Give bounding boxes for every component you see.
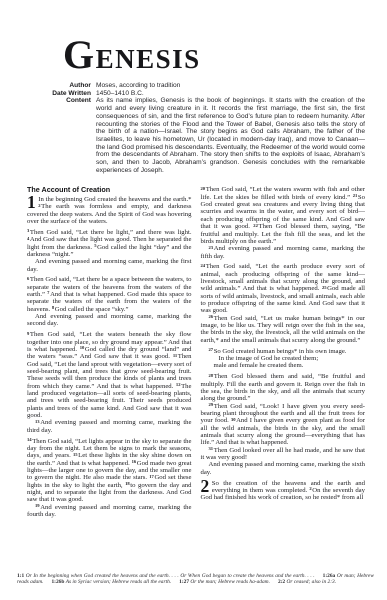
verse-number: 9 bbox=[27, 331, 29, 336]
verse-number: 10 bbox=[80, 345, 85, 350]
verse-paragraph: 28Then God blessed them and said, “Be fr… bbox=[201, 373, 366, 402]
verse-number: 14 bbox=[27, 437, 32, 442]
footnote-item: 2:2 Or ceased; also in 2:3. bbox=[278, 579, 336, 585]
poetry-block: 27So God created human beings* in his ow… bbox=[201, 348, 366, 370]
verse-paragraph: 13And evening passed and morning came, m… bbox=[27, 419, 192, 434]
footnote-ref: 1:26b bbox=[51, 579, 65, 585]
verse-paragraph: 29Then God said, “Look! I have given you… bbox=[201, 403, 366, 447]
verse-paragraph: And evening passed and morning came, mar… bbox=[27, 313, 192, 328]
chapter-opening-paragraph: 2So the creation of the heavens and the … bbox=[201, 480, 366, 502]
scripture-columns: The Account of Creation1In the beginning… bbox=[27, 186, 365, 518]
verse-number: 12 bbox=[176, 382, 181, 387]
intro-value-author: Moses, according to tradition bbox=[96, 82, 365, 90]
footnote-text: As in Syriac version; Hebrew reads all t… bbox=[66, 579, 171, 585]
bible-page: Genesis Author Moses, according to tradi… bbox=[0, 0, 387, 600]
verse-paragraph: 6Then God said, “Let there be a space be… bbox=[27, 276, 192, 313]
footnote-item: 1:1 Or In the beginning when God created… bbox=[17, 573, 315, 579]
verse-number: 21 bbox=[353, 193, 358, 198]
scripture-column-right: 20Then God said, “Let the waters swarm w… bbox=[201, 186, 366, 518]
verse-paragraph: 23And evening passed and morning came, m… bbox=[201, 245, 366, 260]
intro-block: Author Moses, according to tradition Dat… bbox=[19, 82, 365, 174]
verse-number: 19 bbox=[35, 503, 40, 508]
verse-paragraph: 19And evening passed and morning came, m… bbox=[27, 504, 192, 519]
intro-label-author: Author bbox=[19, 82, 91, 90]
verse-number: 29 bbox=[209, 402, 214, 407]
verse-number: 2 bbox=[38, 203, 40, 208]
verse-paragraph: And evening passed and morning came, mar… bbox=[27, 258, 192, 273]
verse-number: 11 bbox=[173, 353, 177, 358]
verse-number: 26 bbox=[209, 314, 214, 319]
verse-number: 22 bbox=[253, 223, 258, 228]
verse-number: 18 bbox=[125, 481, 130, 486]
verse-number: 24 bbox=[201, 263, 206, 268]
verse-paragraph: 14Then God said, “Let lights appear in t… bbox=[27, 438, 192, 504]
footnote-item: 1:27 Or the man; Hebrew reads ha-adam. bbox=[179, 579, 270, 585]
verse-number: 31 bbox=[209, 446, 214, 451]
verse-paragraph: 24Then God said, “Let the earth produce … bbox=[201, 263, 366, 314]
verse-number: 17 bbox=[149, 474, 154, 479]
footnote-text: Or the man; Hebrew reads ha-adam. bbox=[190, 579, 270, 585]
section-heading: The Account of Creation bbox=[27, 186, 192, 195]
verse-number: 20 bbox=[201, 186, 206, 191]
verse-number: 13 bbox=[35, 419, 40, 424]
verse-number: 23 bbox=[209, 245, 214, 250]
footnotes: 1:1 Or In the beginning when God created… bbox=[17, 573, 374, 586]
verse-number: 2 bbox=[309, 486, 311, 491]
footnote-text: Or ceased; also in 2:3. bbox=[286, 579, 336, 585]
intro-label-date-written: Date Written bbox=[19, 90, 91, 98]
poetry-line: male and female he created them. bbox=[201, 362, 366, 369]
verse-number: 15 bbox=[73, 452, 78, 457]
verse-number: 5 bbox=[94, 243, 96, 248]
verse-number: 3 bbox=[27, 228, 29, 233]
verse-paragraph: 26Then God said, “Let us make human bein… bbox=[201, 315, 366, 344]
footnote-ref: 1:1 bbox=[17, 573, 26, 579]
verse-paragraph: 20Then God said, “Let the waters swarm w… bbox=[201, 186, 366, 245]
verse-paragraph: And evening passed and morning came, mar… bbox=[201, 461, 366, 476]
footnote-text: Or In the beginning when God created the… bbox=[26, 573, 315, 579]
verse-paragraph: 31Then God looked over all he had made, … bbox=[201, 447, 366, 462]
verse-number: 8 bbox=[52, 305, 54, 310]
intro-value-date-written: 1450–1410 B.C. bbox=[96, 90, 365, 98]
verse-paragraph: 3Then God said, “Let there be light,” an… bbox=[27, 229, 192, 258]
verse-number: 30 bbox=[231, 417, 236, 422]
footnote-item: 1:26b As in Syriac version; Hebrew reads… bbox=[51, 579, 171, 585]
verse-number: 25 bbox=[322, 285, 327, 290]
verse-number: 7 bbox=[47, 290, 49, 295]
poetry-line: 27So God created human beings* in his ow… bbox=[201, 348, 366, 355]
intro-label-content: Content bbox=[19, 97, 91, 174]
book-title: Genesis bbox=[63, 34, 365, 76]
intro-value-content: As its name implies, Genesis is the book… bbox=[96, 97, 365, 174]
footnote-ref: 1:27 bbox=[179, 579, 190, 585]
verse-paragraph: 9Then God said, “Let the waters beneath … bbox=[27, 331, 192, 419]
verse-number: 16 bbox=[132, 459, 137, 464]
verse-number: 4 bbox=[27, 236, 29, 241]
poetry-line: In the image of God he created them; bbox=[201, 355, 366, 362]
chapter-opening-paragraph: 1In the beginning God created the heaven… bbox=[27, 196, 192, 225]
verse-number: 6 bbox=[27, 276, 29, 281]
chapter-number: 2 bbox=[201, 480, 210, 494]
scripture-column-left: The Account of Creation1In the beginning… bbox=[27, 186, 192, 518]
footnote-ref: 1:26a bbox=[323, 573, 337, 579]
verse-number: 27 bbox=[209, 347, 214, 352]
chapter-number: 1 bbox=[27, 196, 36, 210]
verse-number: 28 bbox=[209, 373, 214, 378]
